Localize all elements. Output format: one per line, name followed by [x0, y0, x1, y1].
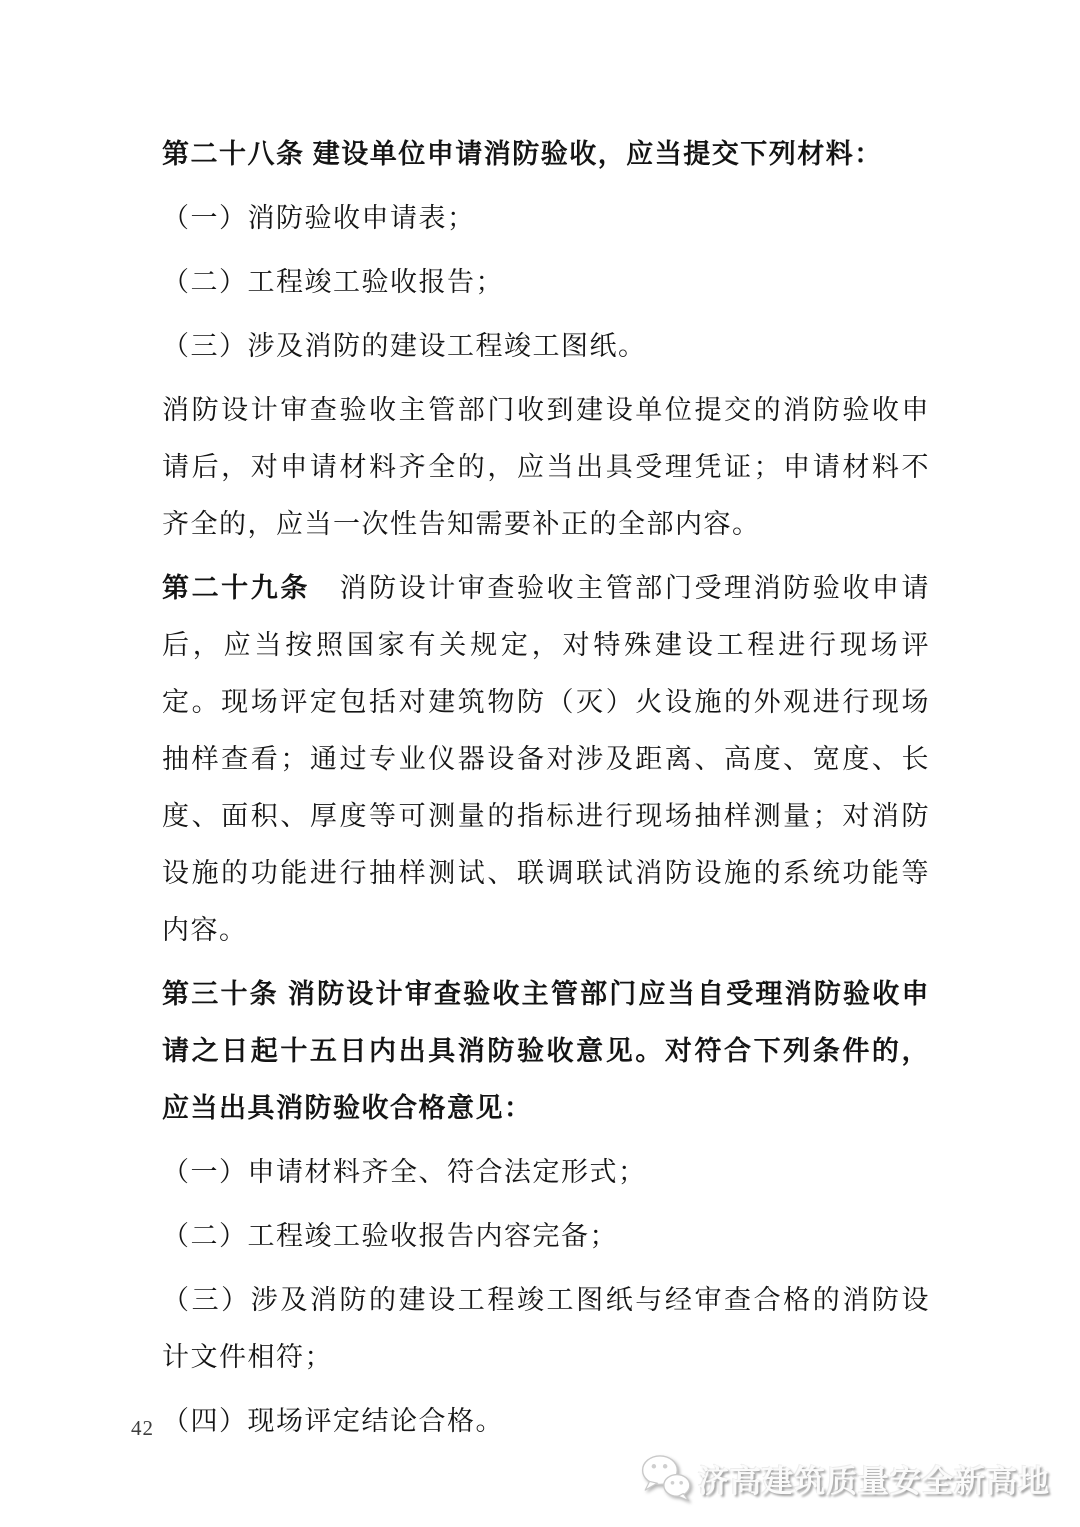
watermark-text: 济高建筑质量安全新高地: [698, 1456, 1050, 1501]
bold-text-segment: 第三十条 消防设计审查验收主管部门应当自受理消防验收申请之日起十五日内出具消防验…: [162, 979, 930, 1123]
text-segment: （二）工程竣工验收报告内容完备；: [162, 1221, 618, 1251]
text-segment: 消防设计审查验收主管部门收到建设单位提交的消防验收申请后，对申请材料齐全的，应当…: [162, 395, 930, 539]
text-segment: （四）现场评定结论合格。: [162, 1406, 504, 1436]
article-28-item-3: （三）涉及消防的建设工程竣工图纸。: [162, 318, 930, 375]
text-segment: 消防设计审查验收主管部门受理消防验收申请后，应当按照国家有关规定，对特殊建设工程…: [162, 573, 930, 945]
document-body: 第二十八条 建设单位申请消防验收，应当提交下列材料：（一）消防验收申请表；（二）…: [162, 126, 930, 1457]
document-page: 第二十八条 建设单位申请消防验收，应当提交下列材料：（一）消防验收申请表；（二）…: [0, 0, 1080, 1527]
article-29: 第二十九条 消防设计审查验收主管部门受理消防验收申请后，应当按照国家有关规定，对…: [162, 560, 930, 959]
article-28-item-2: （二）工程竣工验收报告；: [162, 254, 930, 311]
page-number: 42: [131, 1416, 154, 1441]
watermark: 济高建筑质量安全新高地: [640, 1453, 1050, 1503]
text-segment: （三）涉及消防的建设工程竣工图纸与经审查合格的消防设计文件相符；: [162, 1285, 930, 1372]
article-28-para-2: 消防设计审查验收主管部门收到建设单位提交的消防验收申请后，对申请材料齐全的，应当…: [162, 382, 930, 553]
article-30-item-3: （三）涉及消防的建设工程竣工图纸与经审查合格的消防设计文件相符；: [162, 1272, 930, 1386]
text-segment: （一）消防验收申请表；: [162, 203, 476, 233]
article-28-heading: 第二十八条 建设单位申请消防验收，应当提交下列材料：: [162, 126, 930, 183]
text-segment: （三）涉及消防的建设工程竣工图纸。: [162, 331, 647, 361]
article-30-item-1: （一）申请材料齐全、符合法定形式；: [162, 1144, 930, 1201]
article-30-item-2: （二）工程竣工验收报告内容完备；: [162, 1208, 930, 1265]
article-28-item-1: （一）消防验收申请表；: [162, 190, 930, 247]
bold-text-segment: 第二十九条: [162, 573, 310, 603]
bold-text-segment: 第二十八条 建设单位申请消防验收，应当提交下列材料：: [162, 139, 883, 169]
text-segment: （一）申请材料齐全、符合法定形式；: [162, 1157, 647, 1187]
article-30: 第三十条 消防设计审查验收主管部门应当自受理消防验收申请之日起十五日内出具消防验…: [162, 966, 930, 1137]
wechat-icon: [640, 1453, 692, 1503]
article-30-item-4: （四）现场评定结论合格。: [162, 1393, 930, 1450]
text-segment: （二）工程竣工验收报告；: [162, 267, 504, 297]
